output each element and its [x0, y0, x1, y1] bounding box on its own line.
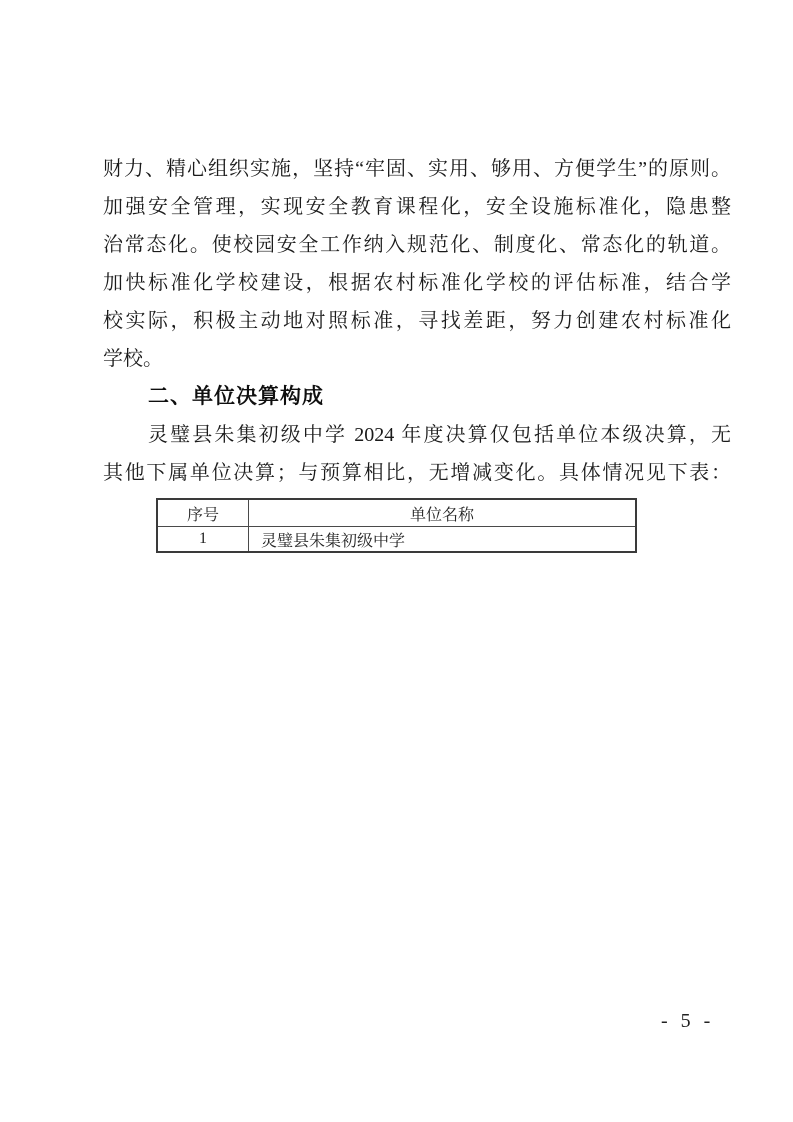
unit-composition-table: 序号 单位名称 1 灵璧县朱集初级中学: [156, 498, 637, 553]
document-text-block: 财力、精心组织实施，坚持“牢固、实用、够用、方便学生”的原则。 加强安全管理，实…: [103, 150, 731, 492]
table-header-unit-name: 单位名称: [249, 499, 637, 527]
paragraph-line: 其他下属单位决算；与预算相比，无增减变化。具体情况见下表：: [103, 454, 731, 492]
paragraph-line: 加快标准化学校建设，根据农村标准化学校的评估标准，结合学: [103, 264, 731, 302]
document-page: 财力、精心组织实施，坚持“牢固、实用、够用、方便学生”的原则。 加强安全管理，实…: [0, 0, 793, 1122]
table-header-seq: 序号: [157, 499, 249, 527]
table-header-row: 序号 单位名称: [157, 499, 636, 527]
paragraph-line: 加强安全管理，实现安全教育课程化，安全设施标准化，隐患整: [103, 188, 731, 226]
paragraph-line: 学校。: [103, 340, 731, 378]
section-heading: 二、单位决算构成: [103, 378, 731, 416]
page-number: - 5 -: [661, 1010, 714, 1033]
paragraph-line: 灵璧县朱集初级中学 2024 年度决算仅包括单位本级决算，无: [103, 416, 731, 454]
paragraph-line: 校实际，积极主动地对照标准，寻找差距，努力创建农村标准化: [103, 302, 731, 340]
table-cell-seq: 1: [157, 527, 249, 553]
paragraph-line: 治常态化。使校园安全工作纳入规范化、制度化、常态化的轨道。: [103, 226, 731, 264]
table-cell-unit-name: 灵璧县朱集初级中学: [249, 527, 637, 553]
table-row: 1 灵璧县朱集初级中学: [157, 527, 636, 553]
paragraph-line: 财力、精心组织实施，坚持“牢固、实用、够用、方便学生”的原则。: [103, 150, 731, 188]
